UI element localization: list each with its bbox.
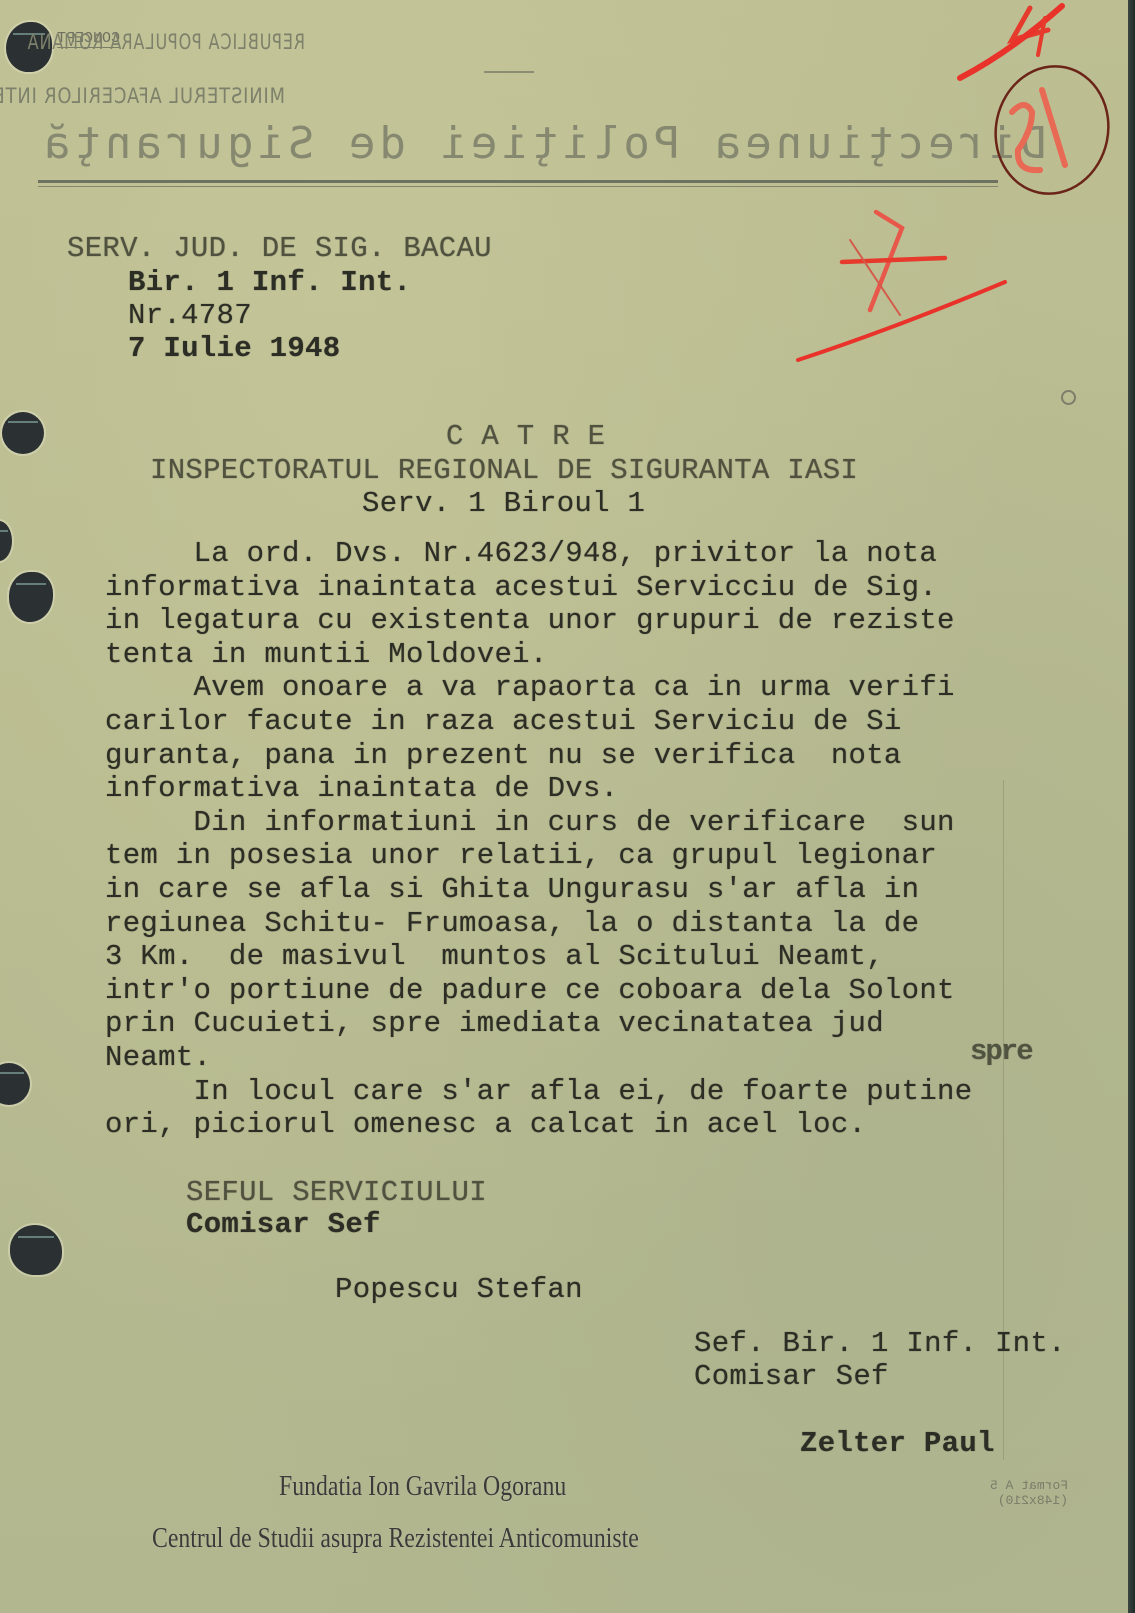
addressee-institution: INSPECTORATUL REGIONAL DE SIGURANTA IASI: [150, 454, 858, 488]
signature-right-name: Zelter Paul: [800, 1427, 995, 1461]
body-line: regiunea Schitu- Frumoasa, la o distanta…: [105, 907, 919, 941]
body-line: intr'o portiune de padure ce coboara del…: [105, 974, 955, 1008]
watermark-foundation: Fundatia Ion Gavrila Ogoranu: [279, 1470, 566, 1503]
punch-hole: [10, 1225, 62, 1275]
body-line: Avem onoare a va rapaorta ca in urma ver…: [105, 671, 955, 705]
body-line: tenta in muntii Moldovei.: [105, 638, 548, 672]
format-stamp: Format A 5 (148x210): [990, 1478, 1068, 1508]
body-line: In locul care s'ar afla ei, de foarte pu…: [105, 1075, 972, 1109]
body-line: in care se afla si Ghita Ungurasu s'ar a…: [105, 873, 919, 907]
body-line: La ord. Dvs. Nr.4623/948, privitor la no…: [105, 537, 937, 571]
signature-left-name: Popescu Stefan: [335, 1273, 583, 1307]
body-line: carilor facute in raza acestui Serviciu …: [105, 705, 902, 739]
body-line: informativa inaintata acestui Servicciu …: [105, 571, 937, 605]
letterhead-republic: REPUBLICA POPULARA ROMANA: [27, 30, 305, 54]
signature-left-rank: Comisar Sef: [186, 1208, 381, 1242]
body-line: informativa inaintata de Dvs.: [105, 772, 618, 806]
overstruck-typo: spre: [970, 1035, 1032, 1069]
sender-office: Bir. 1 Inf. Int.: [128, 266, 411, 300]
addressee-department: Serv. 1 Biroul 1: [362, 487, 645, 521]
red-annotations-icon: [780, 0, 1120, 380]
punch-hole: [2, 412, 44, 454]
format-stamp-line2: (148x210): [990, 1493, 1068, 1508]
format-stamp-line1: Format A 5: [990, 1478, 1068, 1493]
sender-date: 7 Iulie 1948: [128, 332, 340, 366]
body-line: in legatura cu existenta unor grupuri de…: [105, 604, 955, 638]
body-line: prin Cucuieti, spre imediata vecinatatea…: [105, 1007, 884, 1041]
sender-number: Nr.4787: [128, 299, 252, 333]
scan-edge: [1128, 0, 1135, 1613]
body-line: 3 Km. de masivul muntos al Scitului Neam…: [105, 940, 884, 974]
body-line: ori, piciorul omenesc a calcat in acel l…: [105, 1108, 866, 1142]
watermark-center: Centrul de Studii asupra Rezistentei Ant…: [152, 1522, 639, 1555]
signature-right-rank: Comisar Sef: [694, 1360, 889, 1394]
signature-left-title: SEFUL SERVICIULUI: [186, 1176, 487, 1210]
body-line: tem in posesia unor relatii, ca grupul l…: [105, 839, 937, 873]
addressee-to: C A T R E: [446, 420, 605, 454]
letterhead-separator: [484, 71, 534, 73]
pencil-circle-mark: [1061, 390, 1076, 405]
body-line: Neamt.: [105, 1041, 211, 1075]
sender-service: SERV. JUD. DE SIG. BACAU: [67, 232, 492, 266]
body-line: guranta, pana in prezent nu se verifica …: [105, 739, 902, 773]
letterhead-ministry: MINISTERUL AFACERILOR INTERNE: [0, 84, 285, 108]
signature-right-title: Sef. Bir. 1 Inf. Int.: [694, 1327, 1066, 1361]
body-line: Din informatiuni in curs de verificare s…: [105, 806, 955, 840]
